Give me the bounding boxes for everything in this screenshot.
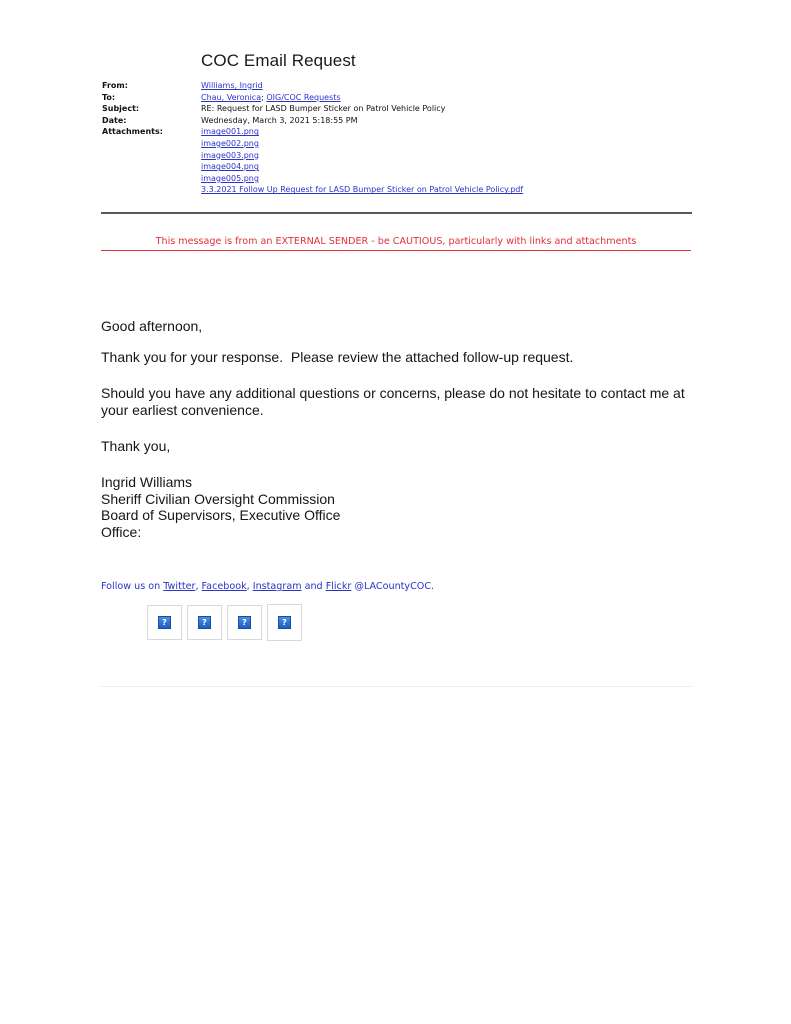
attachments-row: Attachments: image001.png image002.png i… <box>102 126 523 196</box>
to-link-chau[interactable]: Chau, Veronica <box>201 93 261 102</box>
signature-office-label: Office: <box>101 524 340 541</box>
body-paragraph-1: Thank you for your response. Please revi… <box>101 349 573 366</box>
signature-name: Ingrid Williams <box>101 474 340 491</box>
flickr-link[interactable]: Flickr <box>326 581 352 592</box>
social-sep: and <box>302 581 326 592</box>
from-row: From: Williams, Ingrid <box>102 80 523 92</box>
social-icon-box[interactable]: ? <box>187 605 222 640</box>
broken-image-icon: ? <box>278 616 291 629</box>
attachments-list: image001.png image002.png image003.png i… <box>201 126 523 196</box>
footer-divider <box>101 686 692 687</box>
attachment-link[interactable]: image001.png <box>201 126 523 138</box>
attachment-link-pdf[interactable]: 3.3.2021 Follow Up Request for LASD Bump… <box>201 184 523 196</box>
email-headers: From: Williams, Ingrid To: Chau, Veronic… <box>102 80 523 196</box>
subject-row: Subject: RE: Request for LASD Bumper Sti… <box>102 103 523 115</box>
from-label: From: <box>102 80 201 92</box>
subject-label: Subject: <box>102 103 201 115</box>
broken-image-icon: ? <box>238 616 251 629</box>
instagram-link[interactable]: Instagram <box>253 581 302 592</box>
attachment-link[interactable]: image002.png <box>201 138 523 150</box>
to-link-oig[interactable]: OIG/COC Requests <box>266 93 340 102</box>
social-icons: ? ? ? ? <box>147 605 302 641</box>
facebook-link[interactable]: Facebook <box>202 581 247 592</box>
date-value: Wednesday, March 3, 2021 5:18:55 PM <box>201 115 358 127</box>
to-label: To: <box>102 92 201 104</box>
attachment-link[interactable]: image004.png <box>201 161 523 173</box>
twitter-link[interactable]: Twitter <box>163 581 195 592</box>
social-icon-box[interactable]: ? <box>267 604 302 641</box>
from-link[interactable]: Williams, Ingrid <box>201 81 263 90</box>
attachment-link[interactable]: image003.png <box>201 150 523 162</box>
social-icon-box[interactable]: ? <box>147 605 182 640</box>
attachments-label: Attachments: <box>102 126 201 196</box>
signature-org: Sheriff Civilian Oversight Commission <box>101 491 340 508</box>
signature: Ingrid Williams Sheriff Civilian Oversig… <box>101 474 340 540</box>
social-icon-box[interactable]: ? <box>227 605 262 640</box>
attachment-link[interactable]: image005.png <box>201 173 523 185</box>
broken-image-icon: ? <box>198 616 211 629</box>
social-suffix: @LACountyCOC. <box>351 581 434 592</box>
greeting: Good afternoon, <box>101 318 202 335</box>
social-follow-line: Follow us on Twitter, Facebook, Instagra… <box>101 581 434 592</box>
date-label: Date: <box>102 115 201 127</box>
social-prefix: Follow us on <box>101 581 163 592</box>
header-divider <box>101 212 692 214</box>
page-title: COC Email Request <box>201 51 356 71</box>
subject-value: RE: Request for LASD Bumper Sticker on P… <box>201 103 445 115</box>
external-sender-warning: This message is from an EXTERNAL SENDER … <box>101 236 691 251</box>
broken-image-icon: ? <box>158 616 171 629</box>
date-row: Date: Wednesday, March 3, 2021 5:18:55 P… <box>102 115 523 127</box>
to-row: To: Chau, Veronica; OIG/COC Requests <box>102 92 523 104</box>
body-paragraph-2: Should you have any additional questions… <box>101 385 691 419</box>
closing: Thank you, <box>101 438 170 455</box>
signature-office-name: Board of Supervisors, Executive Office <box>101 507 340 524</box>
